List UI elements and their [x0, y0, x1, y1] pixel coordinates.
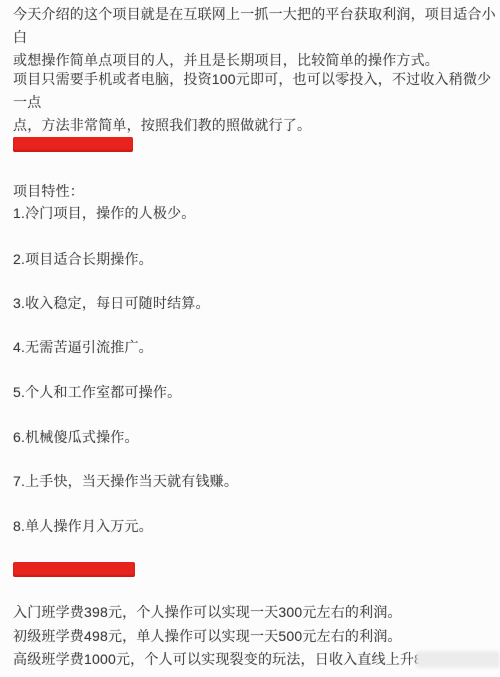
feature-item-6: 6.机械傻瓜式操作。: [13, 426, 497, 449]
feature-item-2: 2.项目适合长期操作。: [13, 248, 497, 271]
feature-item-7: 7.上手快，当天操作当天就有钱赚。: [13, 470, 497, 493]
blurred-watermark: [416, 651, 500, 668]
intro-paragraph-1: 今天介绍的这个项目就是在互联网上一抓一大把的平台获取利润，项目适合小白 或想操作…: [13, 3, 497, 72]
redaction-bar-2: [13, 562, 135, 577]
redaction-bar-1: [13, 137, 133, 152]
pricing-line-beginner: 入门班学费398元，个人操作可以实现一天300元左右的利润。: [13, 601, 497, 624]
features-heading: 项目特性：: [13, 180, 497, 203]
pricing-line-elementary: 初级班学费498元，单人操作可以实现一天500元左右的利润。: [13, 625, 497, 648]
feature-item-3: 3.收入稳定，每日可随时结算。: [13, 292, 497, 315]
intro-paragraph-2: 项目只需要手机或者电脑，投资100元即可，也可以零投入，不过收入稍微少一点 点，…: [13, 68, 497, 137]
article-page: 今天介绍的这个项目就是在互联网上一抓一大把的平台获取利润，项目适合小白 或想操作…: [0, 0, 500, 677]
intro-paragraph-1-line-1: 今天介绍的这个项目就是在互联网上一抓一大把的平台获取利润，项目适合小白: [13, 3, 497, 49]
feature-item-1: 1.冷门项目，操作的人极少。: [13, 202, 497, 225]
feature-item-8: 8.单人操作月入万元。: [13, 515, 497, 538]
feature-item-5: 5.个人和工作室都可操作。: [13, 381, 497, 404]
feature-item-4: 4.无需苦逼引流推广。: [13, 336, 497, 359]
intro-paragraph-2-line-1: 项目只需要手机或者电脑，投资100元即可，也可以零投入，不过收入稍微少一点: [13, 68, 497, 114]
intro-paragraph-2-line-2: 点，方法非常简单，按照我们教的照做就行了。: [13, 114, 497, 137]
